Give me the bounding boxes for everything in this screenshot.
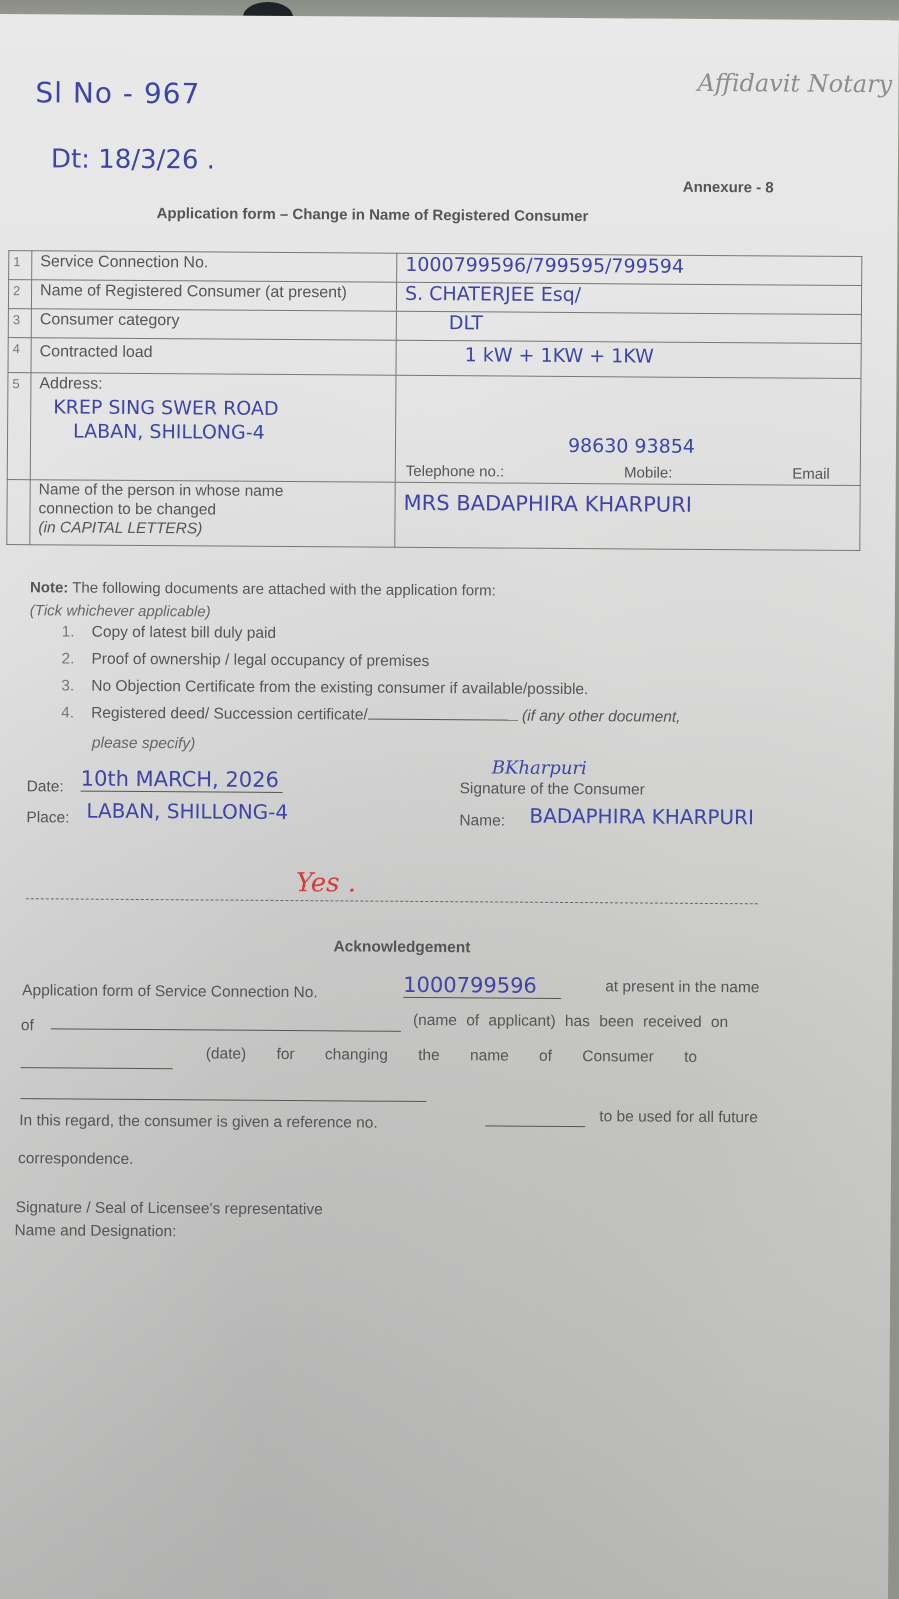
service-connection-field[interactable]: 1000799596/799595/799594	[397, 253, 862, 285]
consumer-category-field[interactable]: DLT	[396, 311, 861, 343]
row-number: 3	[8, 309, 31, 338]
ack-line-1-suffix: at present in the name	[605, 978, 759, 997]
red-annotation: Yes .	[296, 868, 356, 898]
new-name-label: Name of the person in whose name connect…	[30, 480, 395, 548]
item-text: Registered deed/ Succession certificate/	[91, 705, 368, 724]
date-label: Date:	[27, 778, 64, 796]
table-row: Name of the person in whose name connect…	[7, 480, 860, 551]
contact-labels: Telephone no.: Mobile: Email	[406, 463, 830, 483]
row-label: Address:	[39, 373, 387, 397]
table-row: 5 Address: KREP SING SWER ROAD LABAN, SH…	[7, 373, 861, 486]
item-text: No Objection Certificate from the existi…	[91, 678, 588, 698]
licensee-name-designation-label: Name and Designation:	[14, 1222, 176, 1241]
list-item[interactable]: 3.No Objection Certificate from the exis…	[61, 672, 681, 703]
row-number	[7, 480, 30, 545]
application-table: 1 Service Connection No. 1000799596/7995…	[6, 250, 862, 551]
note-text: Note: The following documents are attach…	[30, 579, 496, 599]
row-label: Contracted load	[31, 338, 396, 376]
address-field[interactable]: Address: KREP SING SWER ROAD LABAN, SHIL…	[30, 373, 396, 483]
row-label: Consumer category	[31, 309, 396, 341]
item-number: 1.	[62, 618, 92, 645]
ack-line-1: Application form of Service Connection N…	[22, 982, 318, 1002]
date-field[interactable]: 10th MARCH, 2026	[81, 767, 283, 793]
new-name-field[interactable]: MRS BADAPHIRA KHARPURI	[395, 482, 860, 550]
item-text: Copy of latest bill duly paid	[92, 624, 277, 642]
item-text: Proof of ownership / legal occupancy of …	[91, 651, 429, 670]
name-label: Name:	[459, 812, 505, 830]
documents-list: 1.Copy of latest bill duly paid 2.Proof …	[61, 618, 681, 730]
ack-line-5-suffix: to be used for all future	[599, 1108, 758, 1127]
form-title: Application form – Change in Name of Reg…	[157, 205, 589, 225]
telephone-label: Telephone no.:	[406, 463, 505, 481]
reference-no-blank[interactable]	[485, 1124, 585, 1127]
specify-note: please specify)	[92, 735, 196, 754]
new-name-label-line-3: (in CAPITAL LETTERS)	[38, 518, 386, 539]
mobile-value: 98630 93854	[568, 435, 695, 458]
ack-line-5: In this regard, the consumer is given a …	[19, 1112, 378, 1133]
item-number: 3.	[61, 672, 91, 699]
item-number: 4.	[61, 699, 91, 726]
registered-consumer-value: S. CHATERJEE Esq/	[405, 283, 581, 306]
table-row: 4 Contracted load 1 kW + 1KW + 1KW	[8, 338, 861, 379]
service-connection-value: 1000799596/799595/799594	[405, 254, 684, 278]
mobile-label: Mobile:	[624, 464, 672, 481]
consumer-category-value: DLT	[405, 312, 483, 335]
list-item[interactable]: 4.Registered deed/ Succession certificat…	[61, 699, 681, 730]
place-label: Place:	[26, 809, 69, 827]
new-name-label-line-1: Name of the person in whose name	[39, 480, 387, 501]
annexure-label: Annexure - 8	[683, 179, 774, 197]
note-prefix: Note:	[30, 579, 68, 596]
address-line-1: KREP SING SWER ROAD	[39, 395, 387, 421]
consumer-signature[interactable]: BKharpuri	[492, 757, 587, 779]
signature-label: Signature of the Consumer	[460, 780, 645, 799]
row-number: 4	[8, 338, 31, 373]
new-name-label-line-2: connection to be changed	[38, 499, 386, 520]
document-page: Sl No - 967 Dt: 18/3/26 . Affidavit Nota…	[0, 14, 899, 1599]
list-item[interactable]: 2.Proof of ownership / legal occupancy o…	[61, 645, 681, 676]
acknowledgement-title: Acknowledgement	[333, 938, 470, 957]
row-number: 1	[9, 251, 32, 280]
licensee-signature-label: Signature / Seal of Licensee's represent…	[16, 1199, 323, 1219]
pencil-note: Affidavit Notary	[697, 69, 892, 98]
serial-number: Sl No - 967	[35, 76, 200, 110]
contracted-load-field[interactable]: 1 kW + 1KW + 1KW	[396, 340, 861, 378]
ack-line-6: correspondence.	[18, 1150, 134, 1169]
consumer-name-field[interactable]: BADAPHIRA KHARPURI	[529, 804, 754, 830]
contracted-load-value: 1 kW + 1KW + 1KW	[405, 344, 654, 368]
item-suffix: (if any other document,	[522, 708, 681, 726]
cut-line-divider	[26, 898, 758, 904]
applicant-name-blank[interactable]	[51, 1027, 401, 1031]
place-field[interactable]: LABAN, SHILLONG-4	[86, 799, 288, 824]
new-name-value: MRS BADAPHIRA KHARPURI	[404, 491, 693, 517]
other-document-blank[interactable]	[368, 705, 518, 721]
list-item[interactable]: 1.Copy of latest bill duly paid	[62, 618, 682, 649]
ack-line-3: (date) for changing the name of Consumer…	[206, 1045, 697, 1066]
row-number: 5	[7, 373, 31, 480]
new-consumer-blank[interactable]	[20, 1097, 426, 1102]
row-label: Name of Registered Consumer (at present)	[31, 280, 396, 312]
email-label: Email	[792, 466, 830, 483]
row-label: Service Connection No.	[32, 251, 397, 283]
tick-instruction: (Tick whichever applicable)	[30, 602, 211, 620]
received-date-blank[interactable]	[21, 1066, 173, 1069]
item-number: 2.	[61, 645, 91, 672]
dated-note: Dt: 18/3/26 .	[51, 144, 215, 175]
address-line-2: LABAN, SHILLONG-4	[39, 419, 387, 445]
contact-field[interactable]: 98630 93854 Telephone no.: Mobile: Email	[395, 375, 861, 485]
registered-consumer-field[interactable]: S. CHATERJEE Esq/	[396, 282, 861, 314]
ack-line-2-suffix: (name of applicant) has been received on	[413, 1012, 728, 1032]
ack-line-2-prefix: of	[21, 1017, 34, 1035]
ack-connection-no-field[interactable]: 1000799596	[403, 973, 561, 999]
note-body: The following documents are attached wit…	[72, 580, 496, 600]
row-number: 2	[8, 280, 31, 309]
